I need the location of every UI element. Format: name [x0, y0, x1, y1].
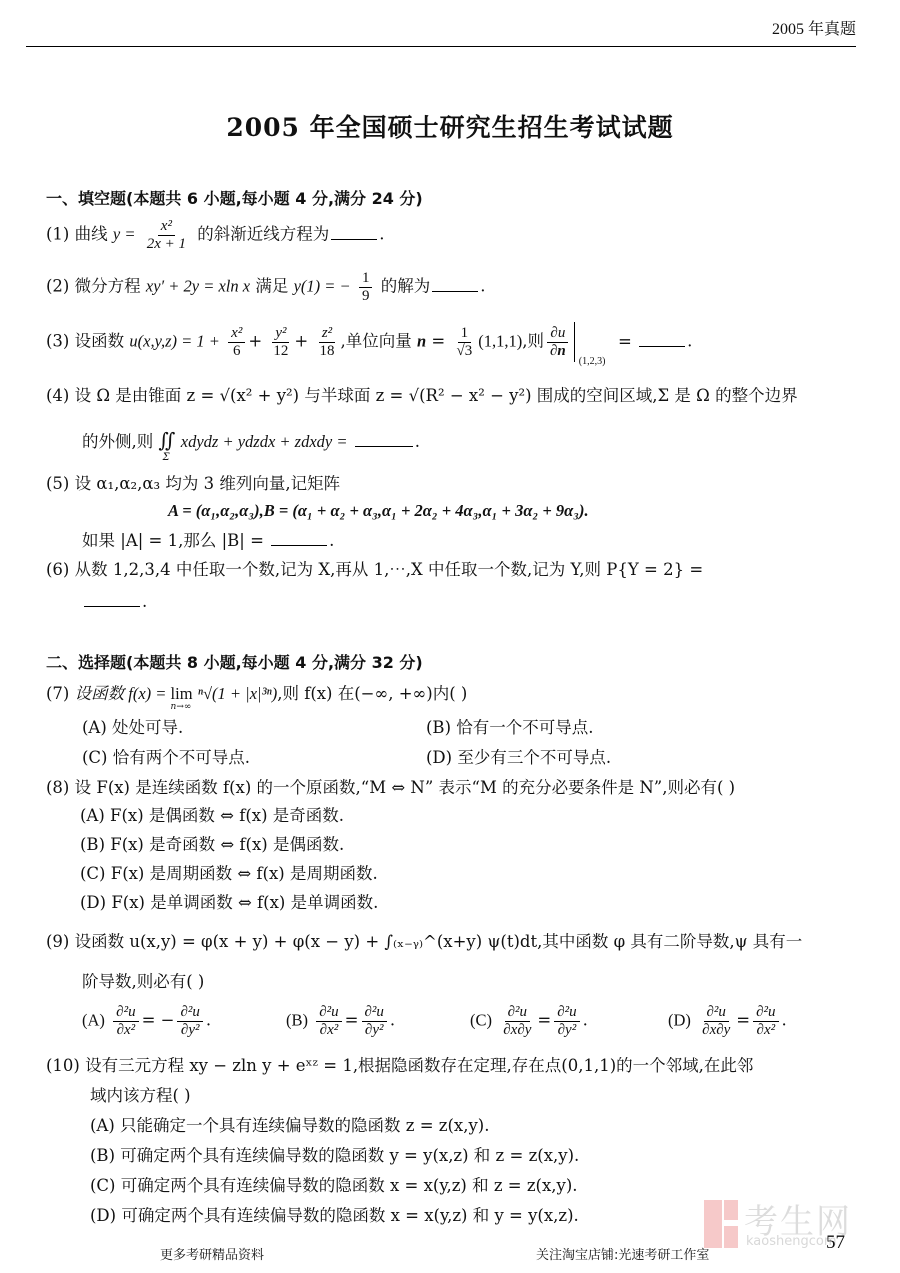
question-text: 曲线 [75, 225, 108, 244]
math-expr: 设函数 f(x) = [75, 684, 171, 703]
question-text: 设 F(x) 是连续函数 f(x) 的一个原函数,“M ⇔ N” 表示“M 的充… [75, 778, 735, 797]
question-number: (2) [46, 277, 69, 296]
question-6-line-2: . [82, 592, 147, 612]
running-title: 2005 年真题 [772, 16, 856, 39]
fraction: ∂u∂n [547, 325, 569, 359]
question-3: (3) 设函数 u(x,y,z) = 1 + x²6+ y²12+ z²18,单… [46, 322, 692, 362]
page-number: 57 [826, 1232, 845, 1254]
question-text: ,则 f(x) 在(−∞, +∞)内( ) [277, 684, 467, 703]
question-text: 设函数 [75, 332, 125, 351]
q7-option-c: (C) 恰有两个不可导点. [82, 748, 250, 768]
fraction: x²6 [228, 325, 245, 359]
question-number: (7) [46, 684, 69, 703]
question-text: 的外侧,则 [82, 432, 153, 451]
answer-blank [355, 432, 413, 447]
fraction: y²12 [270, 325, 291, 359]
question-5-matrices: A = (α₁,α₂,α₃),B = (α₁ + α₂ + α₃,α₁ + 2α… [168, 501, 589, 521]
q10-option-d: (D) 可确定两个具有连续偏导数的隐函数 x = x(y,z) 和 y = y(… [90, 1206, 579, 1226]
surface-integral-sign: ∬Σ [159, 428, 176, 452]
question-5-line-3: 如果 |A| = 1,那么 |B| = . [82, 531, 334, 551]
page-title: 2005 年全国硕士研究生招生考试试题 [0, 108, 900, 144]
answer-blank [84, 592, 140, 607]
watermark-logo: 考生网 kaoshengcom [704, 1196, 872, 1252]
math-expr: xy′ + 2y = xln x [146, 277, 250, 296]
math-expr: = [618, 332, 632, 351]
question-9: (9) 设函数 u(x,y) = φ(x + y) + φ(x − y) + ∫… [46, 932, 802, 952]
question-number: (5) [46, 474, 69, 493]
q9-option-a: (A) ∂²u∂x²= −∂²u∂y². [82, 1004, 211, 1038]
footer-left: 更多考研精品资料 [160, 1244, 264, 1263]
question-text: ,单位向量 [340, 332, 411, 351]
question-text: 满足 [255, 277, 288, 296]
q8-option-d: (D) F(x) 是单调函数 ⇔ f(x) 是单调函数. [80, 893, 378, 913]
fraction: 19 [359, 270, 373, 304]
section-heading-multiple-choice: 二、选择题(本题共 8 小题,每小题 4 分,满分 32 分) [46, 650, 423, 673]
math-expr: ⁿ√(1 + |x|³ⁿ) [198, 684, 277, 703]
fraction: 1√3 [454, 325, 476, 359]
q10-option-b: (B) 可确定两个具有连续偏导数的隐函数 y = y(x,z) 和 z = z(… [90, 1146, 579, 1166]
answer-blank [432, 277, 478, 292]
q9-option-c: (C) ∂²u∂x∂y=∂²u∂y². [470, 1004, 588, 1038]
q10-option-c: (C) 可确定两个具有连续偏导数的隐函数 x = x(y,z) 和 z = z(… [90, 1176, 578, 1196]
question-text: 设 α₁,α₂,α₃ 均为 3 维列向量,记矩阵 [75, 474, 340, 493]
q8-option-c: (C) F(x) 是周期函数 ⇔ f(x) 是周期函数. [80, 864, 378, 884]
question-number: (3) [46, 332, 69, 351]
question-number: (9) [46, 932, 69, 951]
question-text: 设有三元方程 xy − zln y + eˣᶻ = 1,根据隐函数存在定理,存在… [85, 1056, 753, 1075]
evaluation-bar: (1,2,3) [574, 322, 575, 362]
question-8: (8) 设 F(x) 是连续函数 f(x) 的一个原函数,“M ⇔ N” 表示“… [46, 778, 735, 798]
question-4: (4) 设 Ω 是由锥面 z = √(x² + y²) 与半球面 z = √(R… [46, 386, 798, 406]
section-heading-fill-in: 一、填空题(本题共 6 小题,每小题 4 分,满分 24 分) [46, 186, 423, 209]
q8-option-b: (B) F(x) 是奇函数 ⇔ f(x) 是偶函数. [80, 835, 344, 855]
limit-operator: limn→∞ [171, 684, 193, 704]
footer-right: 关注淘宝店铺:光速考研工作室 [536, 1244, 709, 1263]
q9-option-b: (B) ∂²u∂x²=∂²u∂y². [286, 1004, 395, 1038]
q7-option-d: (D) 至少有三个不可导点. [426, 748, 611, 768]
question-4-line-2: 的外侧,则 ∬Σ xdydz + ydzdx + zdxdy = . [82, 428, 420, 452]
math-expr: u(x,y,z) = 1 + [129, 332, 220, 351]
fraction: x²2x + 1 [144, 218, 189, 252]
answer-blank [331, 225, 377, 240]
math-expr: y = [113, 225, 136, 244]
question-10-line-2: 域内该方程( ) [90, 1086, 191, 1106]
question-6: (6) 从数 1,2,3,4 中任取一个数,记为 X,再从 1,⋯,X 中任取一… [46, 560, 703, 580]
question-2: (2) 微分方程 xy′ + 2y = xln x 满足 y(1) = − 19… [46, 270, 485, 304]
question-text: 的斜渐近线方程为 [197, 225, 329, 244]
question-5: (5) 设 α₁,α₂,α₃ 均为 3 维列向量,记矩阵 [46, 474, 340, 494]
question-text: ,则 [522, 332, 544, 351]
q8-option-a: (A) F(x) 是偶函数 ⇔ f(x) 是奇函数. [80, 806, 344, 826]
question-text: 设 Ω 是由锥面 z = √(x² + y²) 与半球面 z = √(R² − … [75, 386, 798, 405]
q7-option-b: (B) 恰有一个不可导点. [426, 718, 594, 738]
question-text: 从数 1,2,3,4 中任取一个数,记为 X,再从 1,⋯,X 中任取一个数,记… [75, 560, 704, 579]
q10-option-a: (A) 只能确定一个具有连续偏导数的隐函数 z = z(x,y). [90, 1116, 489, 1136]
question-10: (10) 设有三元方程 xy − zln y + eˣᶻ = 1,根据隐函数存在… [46, 1056, 753, 1076]
question-number: (10) [46, 1056, 80, 1075]
question-text: 设函数 u(x,y) = φ(x + y) + φ(x − y) + ∫₍ₓ₋ᵧ… [75, 932, 803, 951]
math-expr: y(1) = − [294, 277, 351, 296]
question-text: 微分方程 [75, 277, 141, 296]
question-number: (4) [46, 386, 69, 405]
math-expr: = [431, 332, 445, 351]
q7-option-a: (A) 处处可导. [82, 718, 183, 738]
q9-option-d: (D) ∂²u∂x∂y=∂²u∂x². [668, 1004, 787, 1038]
question-number: (8) [46, 778, 69, 797]
question-9-line-2: 阶导数,则必有( ) [82, 972, 204, 992]
fraction: z²18 [316, 325, 337, 359]
math-expr: xdydz + ydzdx + zdxdy = [181, 432, 348, 451]
question-text: 的解为 [381, 277, 431, 296]
math-expr: (1,1,1) [478, 332, 522, 351]
header-rule [26, 46, 856, 47]
question-1: (1) 曲线 y = x²2x + 1 的斜渐近线方程为. [46, 218, 385, 252]
answer-blank [639, 332, 685, 347]
question-7: (7) 设函数 f(x) = limn→∞ ⁿ√(1 + |x|³ⁿ),则 f(… [46, 684, 467, 704]
question-number: (1) [46, 225, 69, 244]
answer-blank [271, 531, 327, 546]
question-text: 如果 |A| = 1,那么 |B| = [82, 531, 264, 550]
math-expr: n [417, 332, 426, 351]
question-number: (6) [46, 560, 69, 579]
